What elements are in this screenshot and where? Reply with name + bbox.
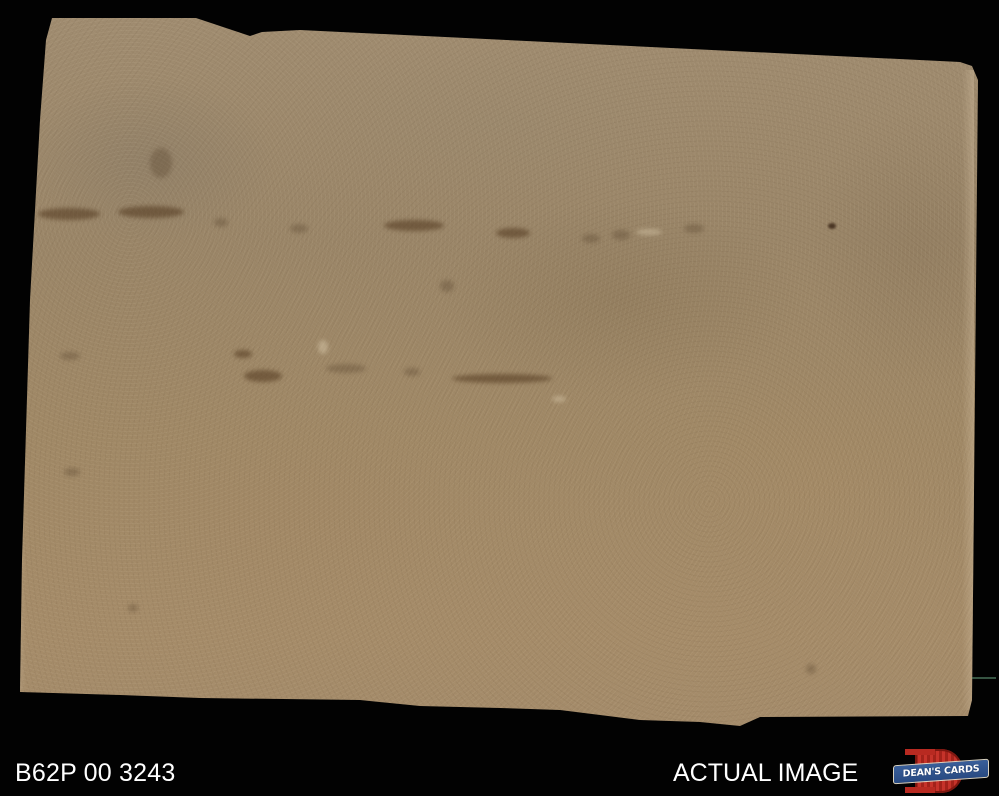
smudge-mark <box>828 223 836 229</box>
logo-text: DEAN'S CARDS <box>903 763 980 779</box>
deans-cards-logo: DEAN'S CARDS <box>893 749 987 793</box>
card-edge-right <box>962 70 974 710</box>
smudge-mark <box>60 352 80 360</box>
scan-artifact-line <box>972 677 996 679</box>
card-back <box>0 0 999 796</box>
smudge-mark <box>318 340 328 354</box>
smudge-mark <box>64 468 80 476</box>
smudge-mark <box>290 224 308 233</box>
smudge-mark <box>684 224 704 233</box>
photo-background: B62P 00 3243 ACTUAL IMAGE DEAN'S CARDS <box>0 0 999 796</box>
smudge-mark <box>552 396 566 402</box>
card-texture <box>0 0 999 796</box>
actual-image-label: ACTUAL IMAGE <box>673 758 858 788</box>
smudge-mark <box>404 368 420 376</box>
smudge-mark <box>118 206 184 218</box>
smudge-mark <box>384 220 444 231</box>
smudge-mark <box>244 370 282 382</box>
smudge-mark <box>234 350 252 358</box>
smudge-mark <box>150 148 172 178</box>
card-edge-left <box>18 30 26 690</box>
smudge-mark <box>452 374 552 383</box>
smudge-mark <box>326 364 366 373</box>
item-code-label: B62P 00 3243 <box>15 758 175 788</box>
smudge-mark <box>128 604 138 612</box>
smudge-mark <box>38 208 100 220</box>
smudge-mark <box>214 218 228 227</box>
smudge-mark <box>582 234 600 243</box>
logo-banner: DEAN'S CARDS <box>893 759 989 785</box>
smudge-mark <box>440 280 454 292</box>
smudge-mark <box>636 229 662 235</box>
smudge-mark <box>496 228 530 238</box>
smudge-mark <box>806 664 816 674</box>
smudge-mark <box>612 230 630 240</box>
